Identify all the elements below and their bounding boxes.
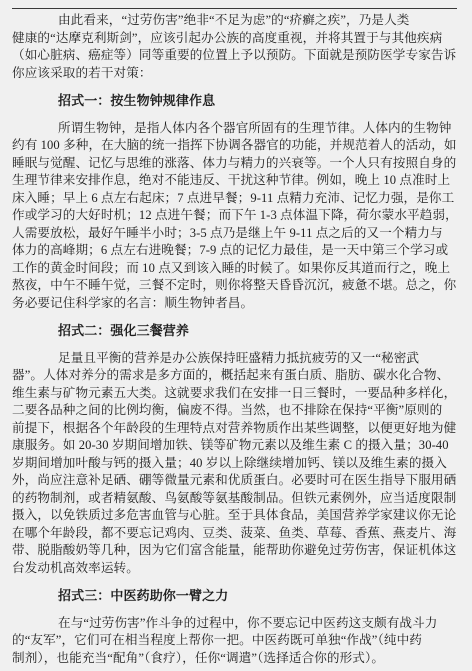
heading-tip-3-chinese-medicine: 招式三：中医药助你一臂之力 <box>12 587 458 605</box>
paragraph-tip-3-chinese-medicine: 在与“过劳伤害”作斗争的过程中，你不要忘记中医药这支颇有战斗力 的“友军”，它们… <box>12 615 458 668</box>
top-rule <box>12 8 457 9</box>
paragraph-tip-1-biological-clock: 所谓生物钟，是指人体内各个器官所固有的生理节律。人体内的生物钟 约有 100 多… <box>12 120 458 313</box>
document-page: 由此看来，“过劳伤害”绝非“不足为虑”的“疥癣之疾”，乃是人类 健康的“达摩克利… <box>0 0 472 671</box>
heading-tip-1-biological-clock: 招式一：按生物钟规律作息 <box>12 92 458 110</box>
document-content: 由此看来，“过劳伤害”绝非“不足为虑”的“疥癣之疾”，乃是人类 健康的“达摩克利… <box>12 12 458 667</box>
paragraph-tip-2-nutrition: 足量且平衡的营养是办公族保持旺盛精力抵抗疲劳的又一“秘密武 器”。人体对养分的需… <box>12 350 458 578</box>
heading-tip-2-nutrition: 招式二：强化三餐营养 <box>12 322 458 340</box>
paragraph-intro: 由此看来，“过劳伤害”绝非“不足为虑”的“疥癣之疾”，乃是人类 健康的“达摩克利… <box>12 12 458 82</box>
